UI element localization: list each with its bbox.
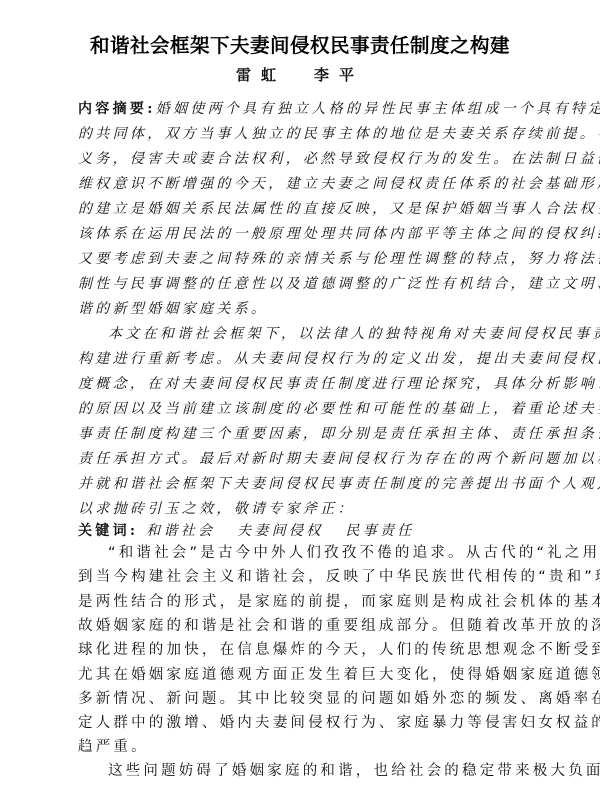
body-line: 是两性结合的形式，是家庭的前提，而家庭则是构成社会机体的基本组成单元，: [78, 593, 600, 611]
abstract-line: 构建进行重新考虑。从夫妻间侵权行为的定义出发，提出夫妻间侵权民事责任制: [78, 350, 600, 368]
abstract-line: 事责任制度构建三个重要因素，即分别是责任承担主体、责任承担条件与范围、: [78, 425, 600, 443]
keyword: 和谐社会: [146, 523, 215, 539]
abstract-line: 度概念，在对夫妻间侵权民事责任制度进行理论探究，具体分析影响该制度建立: [78, 375, 600, 393]
author-name: 李平: [314, 64, 364, 85]
abstract-line: 该体系在运用民法的一般原理处理共同体内部平等主体之间的侵权纠纷的同时，: [78, 225, 600, 243]
body-line: 定人群中的激增、婚内夫妻间侵权行为、家庭暴力等侵害妇女权益的违法现象日: [78, 714, 600, 732]
keywords-label: 关键词:: [78, 523, 138, 539]
abstract-line: 制性与民事调整的任意性以及道德调整的广泛性有机结合，建立文明、稳定、和: [78, 275, 600, 293]
body-line: 到当今构建社会主义和谐社会，反映了中华民族世代相传的“贵和”理念。婚姻: [78, 568, 600, 586]
abstract-line: 并就和谐社会框架下夫妻间侵权民事责任制度的完善提出书面个人观点及建议，: [78, 475, 600, 493]
abstract-line: 本文在和谐社会框架下，以法律人的独特视角对夫妻间侵权民事责任制度的: [78, 325, 600, 343]
body-line: 尤其在婚姻家庭道德观方面正发生着巨大变化，使得婚姻家庭道德领域出现了许: [78, 666, 600, 684]
author-list: 雷虹李平: [0, 64, 600, 85]
body-line: “和谐社会”是古今中外人们孜孜不倦的追求。从古代的“礼之用，和为贵”: [78, 544, 600, 562]
abstract-line: 谐的新型婚姻家庭关系。: [78, 300, 268, 318]
body-line: 趋严重。: [78, 738, 149, 756]
abstract-label: 内容摘要:: [78, 101, 156, 117]
abstract-line: 的共同体，双方当事人独立的民事主体的地位是夫妻关系存续前提。不履行法定: [78, 125, 600, 143]
abstract-line: 又要考虑到夫妻之间特殊的亲情关系与伦理性调整的特点，努力将法律调整的强: [78, 250, 600, 268]
body-line: 多新情况、新问题。其中比较突显的问题如婚外恋的频发、离婚率在特定地区特: [78, 690, 600, 708]
author-name: 雷虹: [236, 64, 286, 85]
body-line: 这些问题妨碍了婚姻家庭的和谐，也给社会的稳定带来极大负面影响，逐渐: [78, 762, 600, 780]
abstract-line: 义务，侵害夫或妻合法权利，必然导致侵权行为的发生。在法制日益健全、人们: [78, 150, 600, 168]
keywords-line: 关键词: 和谐社会 夫妻间侵权 民事责任: [78, 522, 429, 540]
abstract-line: 责任承担方式。最后对新时期夫妻间侵权行为存在的两个新问题加以精辟解析，: [78, 450, 600, 468]
paper-title: 和谐社会框架下夫妻间侵权民事责任制度之构建: [0, 30, 600, 58]
keyword: 民事责任: [345, 523, 414, 539]
abstract-line: 维权意识不断增强的今天，建立夫妻之间侵权责任体系的社会基础形成，该体系: [78, 175, 600, 193]
body-line: 球化进程的加快，在信息爆炸的今天，人们的传统思想观念不断受到冲击与挑战，: [78, 641, 600, 659]
abstract-line: 的建立是婚姻关系民法属性的直接反映，又是保护婚姻当事人合法权益的需要。: [78, 200, 600, 218]
abstract-line: 的原因以及当前建立该制度的必要性和可能性的基础上，着重论述夫妻间侵权民: [78, 400, 600, 418]
document-page: 和谐社会框架下夫妻间侵权民事责任制度之构建 雷虹李平 内容摘要:婚姻使两个具有独…: [0, 0, 600, 796]
body-line: 故婚姻家庭的和谐是社会和谐的重要组成部分。但随着改革开放的深入和经济全: [78, 617, 600, 635]
abstract-line: 内容摘要:婚姻使两个具有独立人格的异性民事主体组成一个具有特定身份关系: [78, 100, 600, 118]
keyword: 夫妻间侵权: [237, 523, 324, 539]
abstract-line: 以求抛砖引玉之效，敬请专家斧正：: [78, 500, 355, 518]
